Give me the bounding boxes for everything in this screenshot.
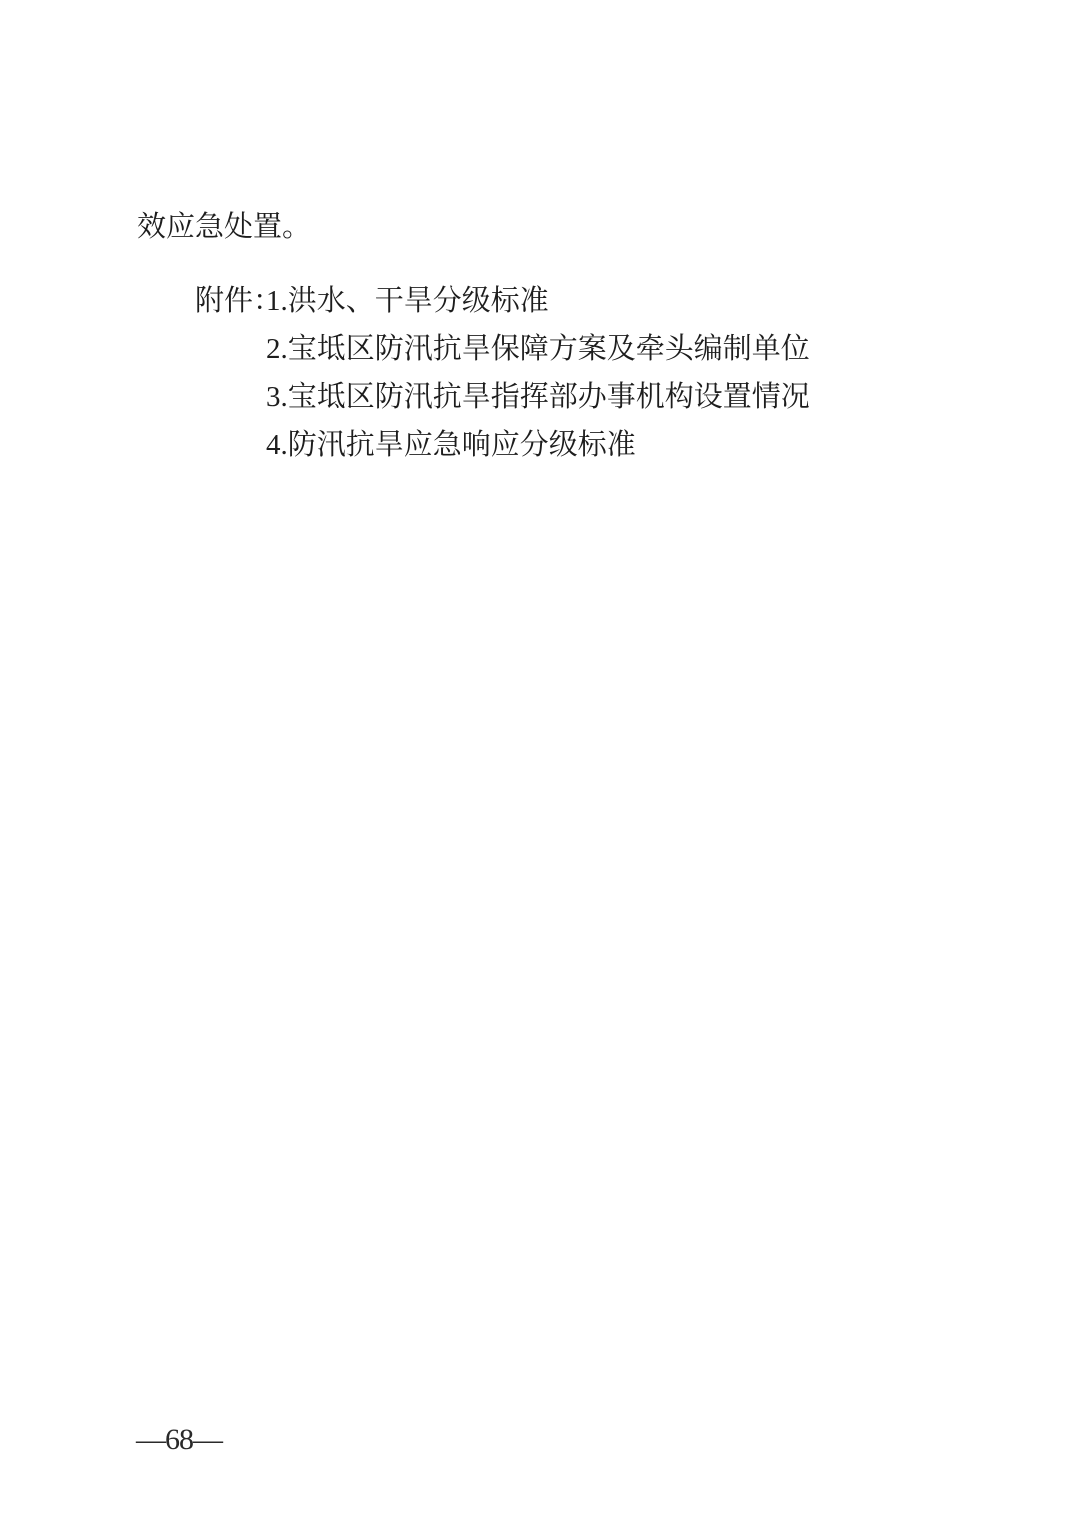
document-page: 效应急处置。 附件： 1.洪水、干旱分级标准 2.宝坻区防汛抗旱保障方案及牵头编… [0, 0, 1074, 1520]
attachment-item-2: 2.宝坻区防汛抗旱保障方案及牵头编制单位 [266, 325, 810, 373]
attachment-item-1: 1.洪水、干旱分级标准 [266, 277, 810, 325]
paragraph-continuation: 效应急处置。 [137, 203, 311, 251]
attachment-item-3: 3.宝坻区防汛抗旱指挥部办事机构设置情况 [266, 373, 810, 421]
attachments-list: 1.洪水、干旱分级标准 2.宝坻区防汛抗旱保障方案及牵头编制单位 3.宝坻区防汛… [266, 277, 810, 469]
attachment-item-4: 4.防汛抗旱应急响应分级标准 [266, 421, 810, 469]
page-number: —68— [136, 1425, 222, 1455]
